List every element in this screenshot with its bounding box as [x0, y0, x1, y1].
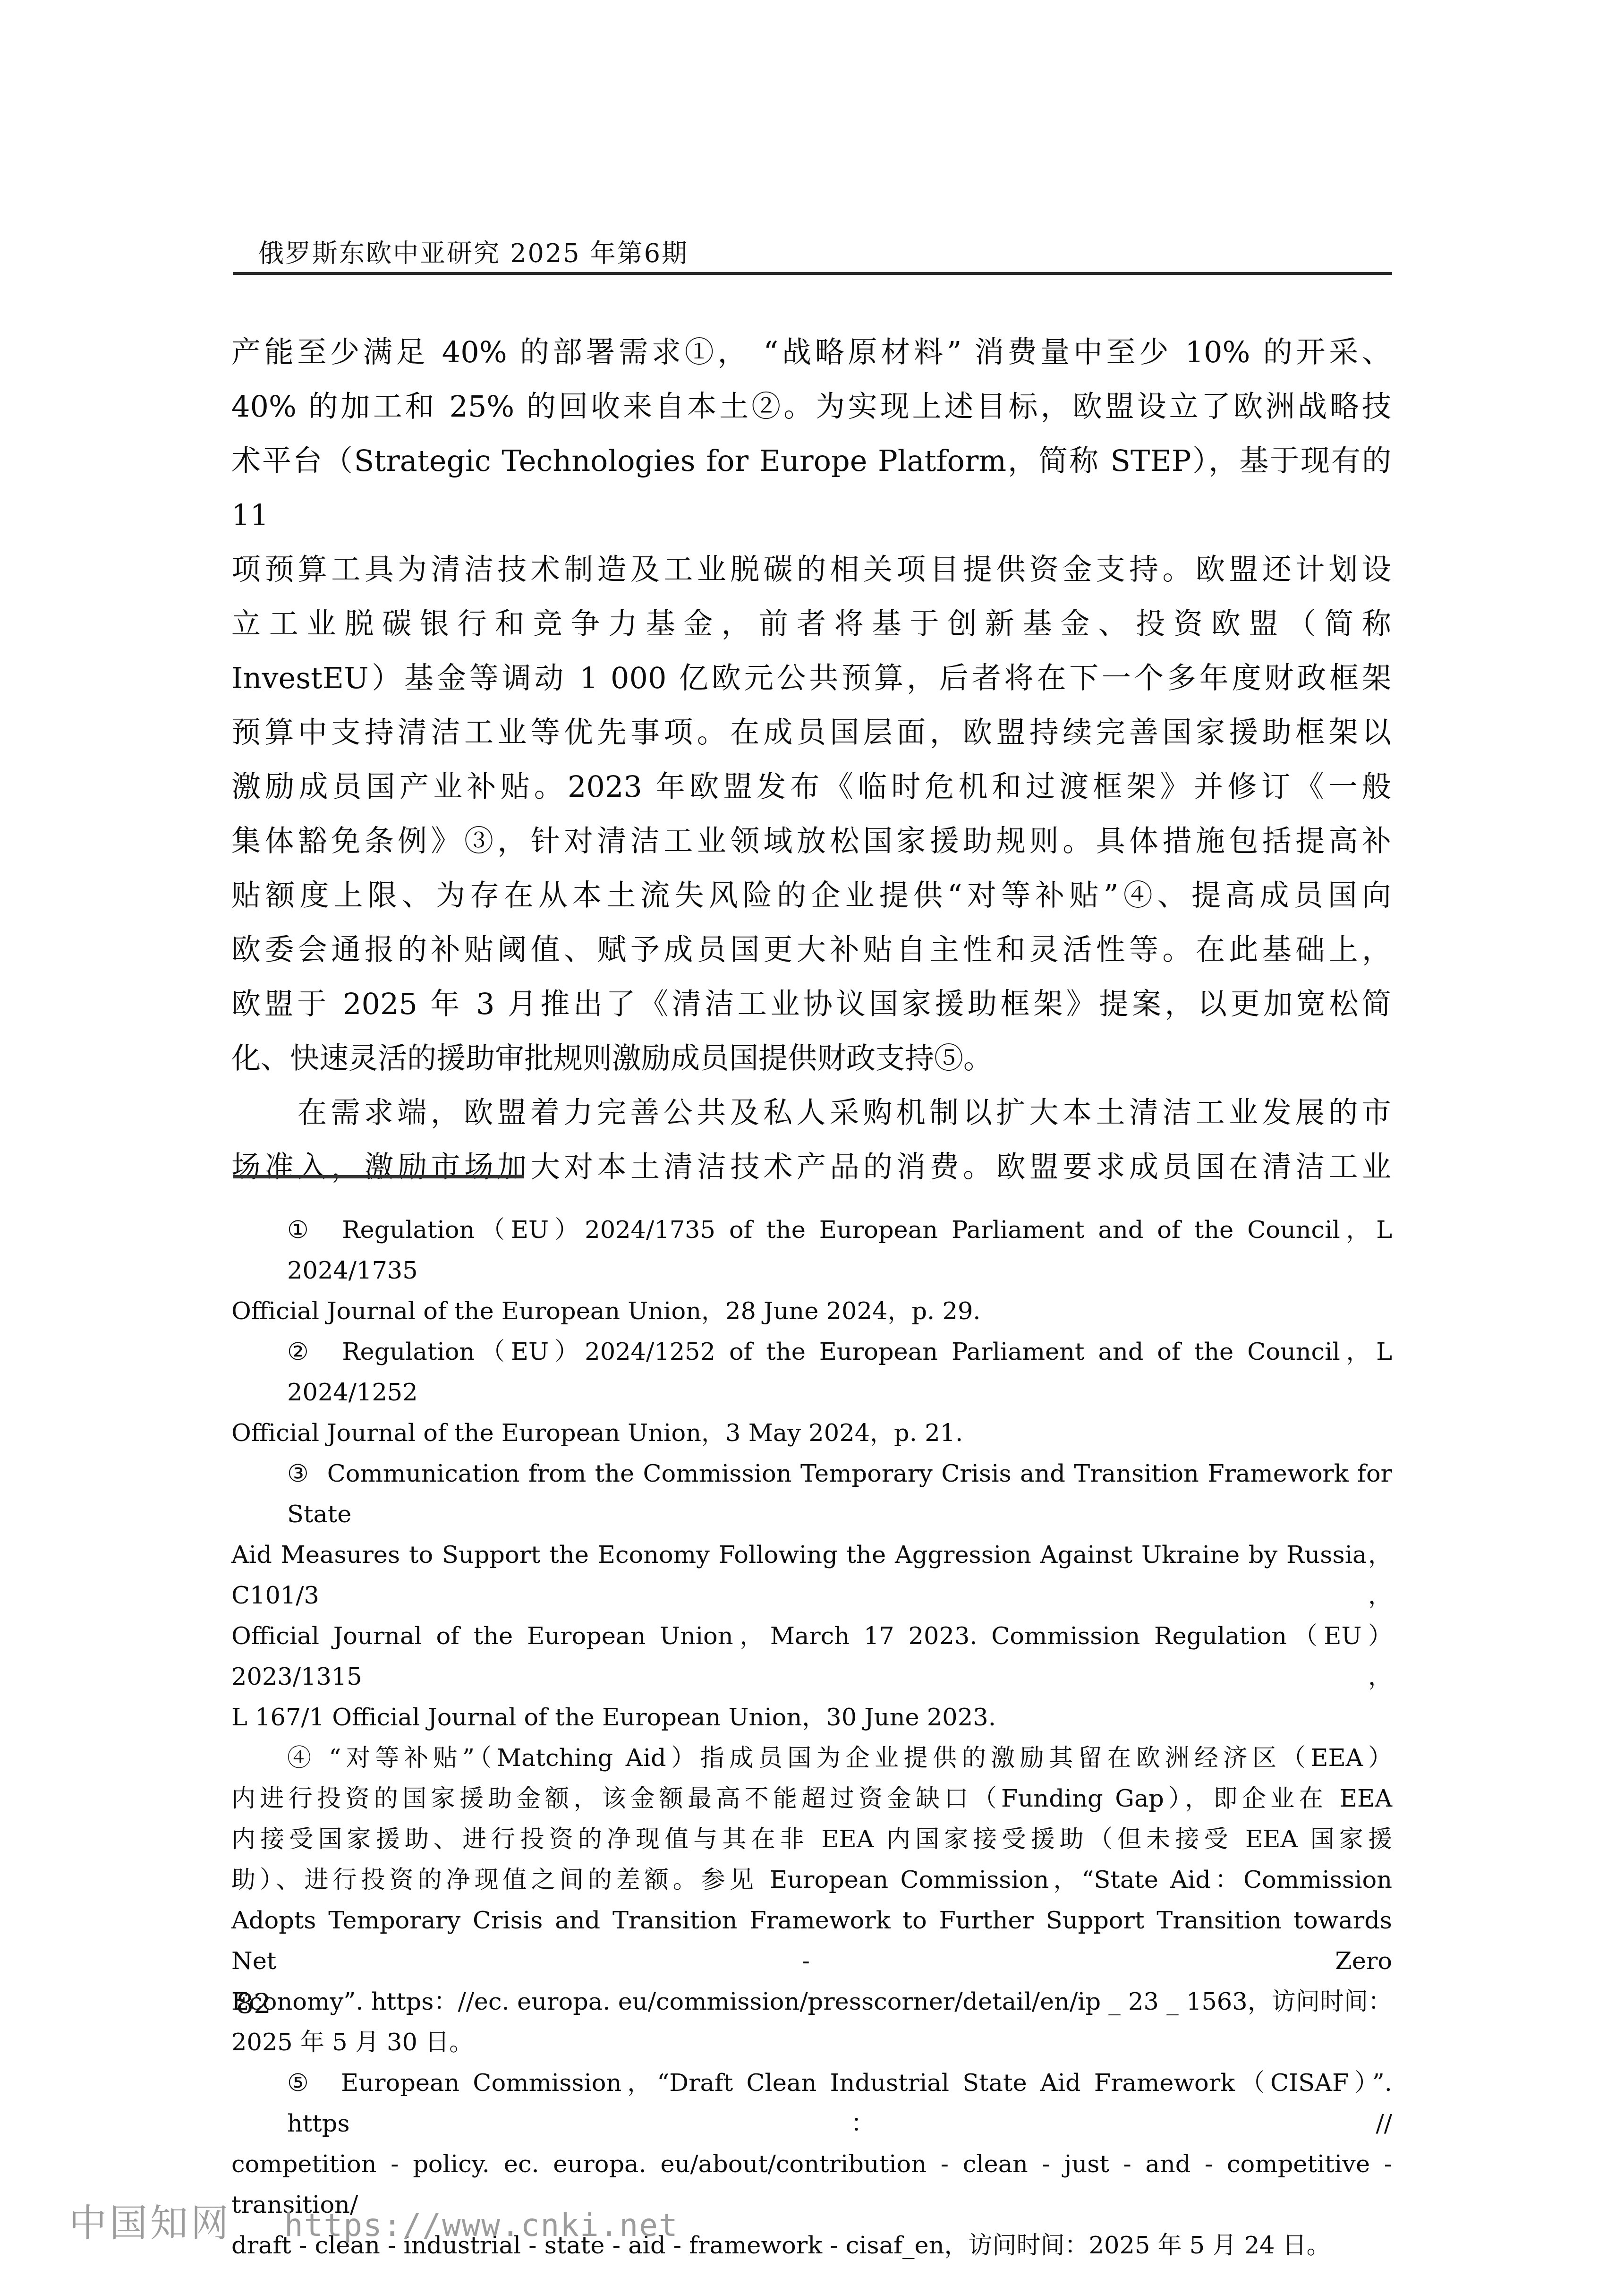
body-line: 贴额度上限、为存在从本土流失风险的企业提供“对等补贴”④、提高成员国向: [231, 868, 1391, 922]
footnote-line: L 167/1 Official Journal of the European…: [231, 1697, 1392, 1738]
footnote-line: 2025 年 5 月 30 日。: [231, 2022, 1392, 2063]
footnote-line: Economy”. https：//ec. europa. eu/commiss…: [231, 1982, 1392, 2022]
body-line: 集体豁免条例》③，针对清洁工业领域放松国家援助规则。具体措施包括提高补: [231, 814, 1391, 868]
cnki-watermark: 中国知网 https://www.cnki.net: [69, 2192, 679, 2247]
body-line: 术平台（Strategic Technologies for Europe Pl…: [231, 434, 1391, 542]
body-text: 产能至少满足 40% 的部署需求①， “战略原材料” 消费量中至少 10% 的开…: [231, 325, 1391, 1194]
body-line: 预算中支持清洁工业等优先事项。在成员国层面，欧盟持续完善国家援助框架以: [231, 705, 1391, 759]
footnote-line-5: ⑤ European Commission，“Draft Clean Indus…: [231, 2063, 1392, 2144]
body-line: 化、快速灵活的援助审批规则激励成员国提供财政支持⑤。: [231, 1031, 1391, 1085]
footnote-line: Aid Measures to Support the Economy Foll…: [231, 1535, 1392, 1616]
body-line: 40% 的加工和 25% 的回收来自本土②。为实现上述目标，欧盟设立了欧洲战略技: [231, 379, 1391, 434]
footnote-separator: [233, 1175, 524, 1178]
body-line: 场准入，激励市场加大对本土清洁技术产品的消费。欧盟要求成员国在清洁工业: [231, 1140, 1391, 1194]
footnote-line: Official Journal of the European Union，3…: [231, 1413, 1392, 1454]
body-line: 项预算工具为清洁技术制造及工业脱碳的相关项目提供资金支持。欧盟还计划设: [231, 542, 1391, 597]
footnote-line: Official Journal of the European Union，M…: [231, 1616, 1392, 1697]
footnote-line-1: ① Regulation（EU）2024/1735 of the Europea…: [231, 1210, 1392, 1291]
footnote-line: 助）、进行投资的净现值之间的差额。参见 European Commission，…: [231, 1860, 1392, 1901]
header-rule: [233, 272, 1392, 275]
body-line: 欧盟于 2025 年 3 月推出了《清洁工业协议国家援助框架》提案，以更加宽松简: [231, 977, 1391, 1031]
journal-page: 俄罗斯东欧中亚研究 2025 年第6期 产能至少满足 40% 的部署需求①， “…: [0, 0, 1624, 2294]
journal-header: 俄罗斯东欧中亚研究 2025 年第6期: [258, 233, 689, 270]
footnote-line-3: ③ Communication from the Commission Temp…: [231, 1454, 1392, 1535]
footnote-line: Official Journal of the European Union，2…: [231, 1291, 1392, 1332]
body-line-paragraph-start: 在需求端，欧盟着力完善公共及私人采购机制以扩大本土清洁工业发展的市: [231, 1085, 1391, 1140]
footnote-line: Adopts Temporary Crisis and Transition F…: [231, 1901, 1392, 1982]
footnote-line: 内接受国家援助、进行投资的净现值与其在非 EEA 内国家接受援助（但未接受 EE…: [231, 1819, 1392, 1860]
footnote-line-2: ② Regulation（EU）2024/1252 of the Europea…: [231, 1332, 1392, 1413]
cnki-logo-text: 中国知网: [69, 2192, 231, 2247]
page-number: 82: [236, 1987, 271, 2020]
body-line: InvestEU）基金等调动 1 000 亿欧元公共预算，后者将在下一个多年度财…: [231, 651, 1391, 705]
cnki-url-text: https://www.cnki.net: [284, 2207, 679, 2243]
body-line: 立工业脱碳银行和竞争力基金，前者将基于创新基金、投资欧盟（简称: [231, 597, 1391, 651]
footnotes: ① Regulation（EU）2024/1735 of the Europea…: [231, 1210, 1392, 2266]
body-line: 激励成员国产业补贴。2023 年欧盟发布《临时危机和过渡框架》并修订《一般: [231, 759, 1391, 814]
footnote-line: 内进行投资的国家援助金额，该金额最高不能超过资金缺口（Funding Gap），…: [231, 1779, 1392, 1819]
body-line: 欧委会通报的补贴阈值、赋予成员国更大补贴自主性和灵活性等。在此基础上，: [231, 922, 1391, 977]
body-line: 产能至少满足 40% 的部署需求①， “战略原材料” 消费量中至少 10% 的开…: [231, 325, 1391, 379]
footnote-line-4: ④ “对等补贴”（Matching Aid）指成员国为企业提供的激励其留在欧洲经…: [231, 1738, 1392, 1779]
